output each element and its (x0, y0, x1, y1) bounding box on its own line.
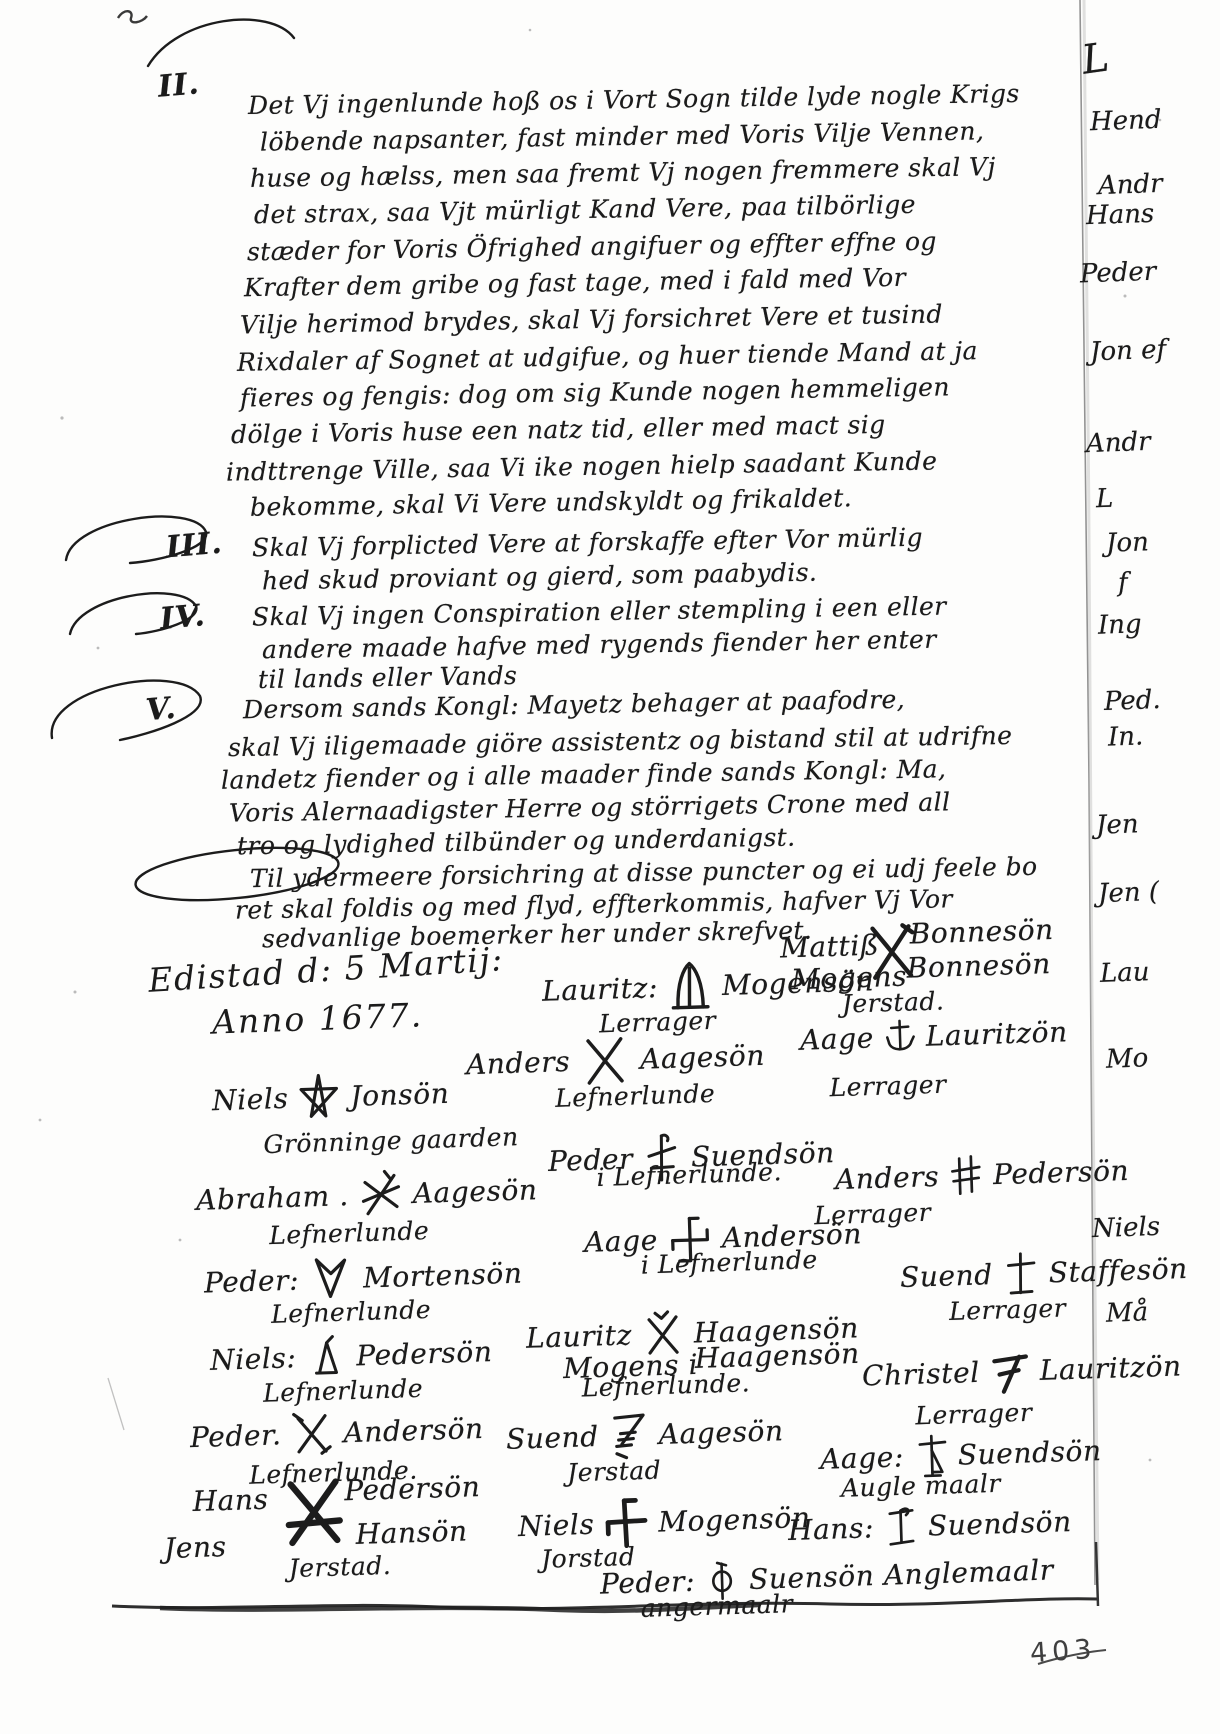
signer-forename: Abraham . (196, 1179, 350, 1217)
margin-fragment: Jon (1105, 527, 1149, 558)
section-marker: V. (145, 691, 178, 729)
margin-fragment: Andr (1097, 169, 1163, 201)
seven-bold-mark-icon (988, 1348, 1031, 1395)
left-crease (108, 1378, 124, 1430)
signature-left-5: Peder.AndersönLefnerlunde. (189, 1403, 484, 1462)
z-bars-mark-icon (607, 1408, 651, 1463)
signer-forename: Niels: (210, 1341, 297, 1377)
signer-place: Lefnerlunde. (581, 1368, 750, 1402)
margin-fragment: Ped. (1103, 685, 1161, 717)
signer-surname: Pedersön (993, 1154, 1130, 1191)
signer-forename: Niels (212, 1082, 289, 1117)
margin-fragment: Andr (1085, 427, 1151, 459)
signer-surname: Andersön (343, 1412, 484, 1449)
manuscript-page: Edistad d: 5 Martij: Anno 1677. 403 II.D… (0, 0, 1220, 1734)
signature-middle-5: LauritzHaagensönMogens iHaagensönLefnerl… (525, 1303, 859, 1363)
page-number: 403 (1029, 1634, 1098, 1670)
signer-surname: Pedersön (356, 1335, 493, 1372)
year-line: Anno 1677. (211, 995, 423, 1041)
flourish-ii (148, 20, 294, 66)
signer-surname: Aagesön (412, 1173, 538, 1210)
signer-place: angermaalr (640, 1589, 793, 1623)
signature-right-4: SuendStaffesönLerrager (899, 1243, 1188, 1302)
x-plain-mark-icon (578, 1032, 632, 1090)
margin-fragment: In. (1107, 721, 1143, 752)
signer-forename: Suend (506, 1420, 600, 1456)
triangle-mark-icon (305, 1332, 348, 1381)
margin-fragment: Ing (1097, 609, 1142, 641)
margin-fragment: L (1079, 34, 1112, 83)
signer-surname: Jonsön (350, 1077, 450, 1113)
margin-fragment: Lau (1099, 957, 1150, 989)
signer-forename: Christel (862, 1356, 981, 1393)
section-marker: IV. (159, 598, 207, 637)
signer-place: Lerrager (829, 1070, 947, 1103)
signature-right-1: MattißBonnesönMogensBonnesönJerstad. (779, 926, 879, 964)
signer-forename: Aage (800, 1021, 875, 1056)
signer-forename: Mattiß (780, 928, 880, 964)
body-line: til lands eller Vands (258, 661, 518, 694)
margin-fragment: Peder (1079, 257, 1156, 290)
signer-place: Jerstad (567, 1456, 662, 1488)
signer-place: Jerstad. (288, 1551, 391, 1583)
signature-left-4: Niels:PedersönLefnerlunde (209, 1328, 493, 1385)
signer-place: i Lefnerlunde. (596, 1157, 782, 1192)
signer-surname-2: Bonnesön (906, 947, 1051, 985)
margin-fragment: f (1117, 568, 1128, 598)
page-fold-shade (1084, 0, 1098, 1580)
margin-fragment: Niels (1091, 1212, 1160, 1244)
h-bar-mark-icon (947, 1152, 984, 1199)
pentagram-mark-icon (297, 1072, 343, 1123)
signature-middle-2: AndersAagesönLefnerlunde (465, 1027, 766, 1092)
signer-place: i Lefnerlunde (640, 1245, 818, 1280)
signer-forename: Hans: (788, 1511, 875, 1547)
signer-forename: Peder: (204, 1264, 300, 1300)
signer-forename: Aage: (820, 1440, 905, 1476)
signer-surname: Suendsön (927, 1505, 1072, 1543)
signer-forename: Niels (518, 1508, 595, 1543)
signer-surname: Suendsön (957, 1434, 1102, 1472)
flourish-v (52, 681, 201, 740)
signer-forename: Lauritz: (542, 971, 659, 1008)
signer-place: Lefnerlunde (271, 1295, 432, 1329)
signer-surname: Aagesön (658, 1414, 784, 1451)
signer-surname: Pedersön (344, 1470, 481, 1507)
signer-forename: Anders (466, 1045, 571, 1081)
signature-right-6: Aage:SuendsönAugle maalr (819, 1420, 1102, 1491)
signature-middle-6: SuendAagesönJerstad (505, 1404, 784, 1467)
signer-forename: Hans (192, 1483, 269, 1518)
margin-fragment: Må (1105, 1297, 1148, 1328)
margin-fragment: Jen ( (1097, 877, 1159, 909)
signer-place: Lefnerlunde (269, 1216, 430, 1250)
signer-surname: Mortensön (363, 1257, 523, 1295)
signer-surname: Bonnesön (909, 913, 1054, 951)
signer-surname: Aagesön (640, 1039, 766, 1076)
cross-footed-mark-icon (1001, 1248, 1041, 1299)
x-serif-mark-icon (290, 1408, 336, 1459)
signer-place: Lerrager (949, 1293, 1067, 1326)
signer-forename: Lauritz (526, 1318, 633, 1354)
signer-forename: Suend (900, 1258, 994, 1294)
ink-smudge (118, 11, 147, 22)
margin-fragment: Mo (1105, 1043, 1148, 1074)
star-cross-mark-icon (357, 1169, 405, 1220)
tee-loop-mark-icon (882, 1498, 920, 1555)
signer-place: Lerrager (814, 1198, 932, 1231)
margin-fragment: L (1095, 484, 1113, 515)
section-marker: III. (165, 526, 224, 566)
signer-surname: Lauritzön (1039, 1349, 1182, 1386)
signature-middle-7: NielsMogensönJorstad (517, 1490, 811, 1553)
signature-left-2: Abraham .AagesönLefnerlunde (195, 1165, 538, 1226)
signature-middle-3: PederSuendsöni Lefnerlunde. (547, 1122, 836, 1193)
anchor-mark-icon (882, 1015, 917, 1060)
signer-surname: Lauritzön (925, 1015, 1068, 1052)
signer-surname: Staffesön (1048, 1252, 1188, 1289)
double-x-mark-icon (283, 1472, 345, 1552)
signature-right-2: AageLauritzönLerrager (799, 1010, 1068, 1062)
signer-forename: Peder. (190, 1418, 282, 1454)
signer-forename-2: Jens (164, 1530, 228, 1565)
margin-fragment: Jen (1095, 809, 1139, 840)
signature-right-3: AndersPedersönLerrager (834, 1147, 1130, 1202)
signer-surname-2: Hansön (355, 1514, 468, 1551)
signature-left-3: Peder:MortensönLefnerlunde (203, 1247, 523, 1309)
signer-place: Lefnerlunde (555, 1079, 716, 1113)
signature-right-7: Hans:Suendsön (787, 1494, 1072, 1559)
margin-fragment: Hend (1089, 105, 1161, 137)
signer-surname: Suensön Anglemaalr (749, 1553, 1055, 1596)
signature-left-1: NielsJonsönGrönninge gaarden (211, 1068, 450, 1125)
margin-fragment: Jon ef (1089, 335, 1166, 368)
margin-fragment: Hans (1085, 199, 1154, 231)
signer-forename: Anders (835, 1160, 940, 1196)
signer-place: Lefnerlunde (263, 1374, 424, 1408)
section-marker: II. (157, 66, 201, 104)
